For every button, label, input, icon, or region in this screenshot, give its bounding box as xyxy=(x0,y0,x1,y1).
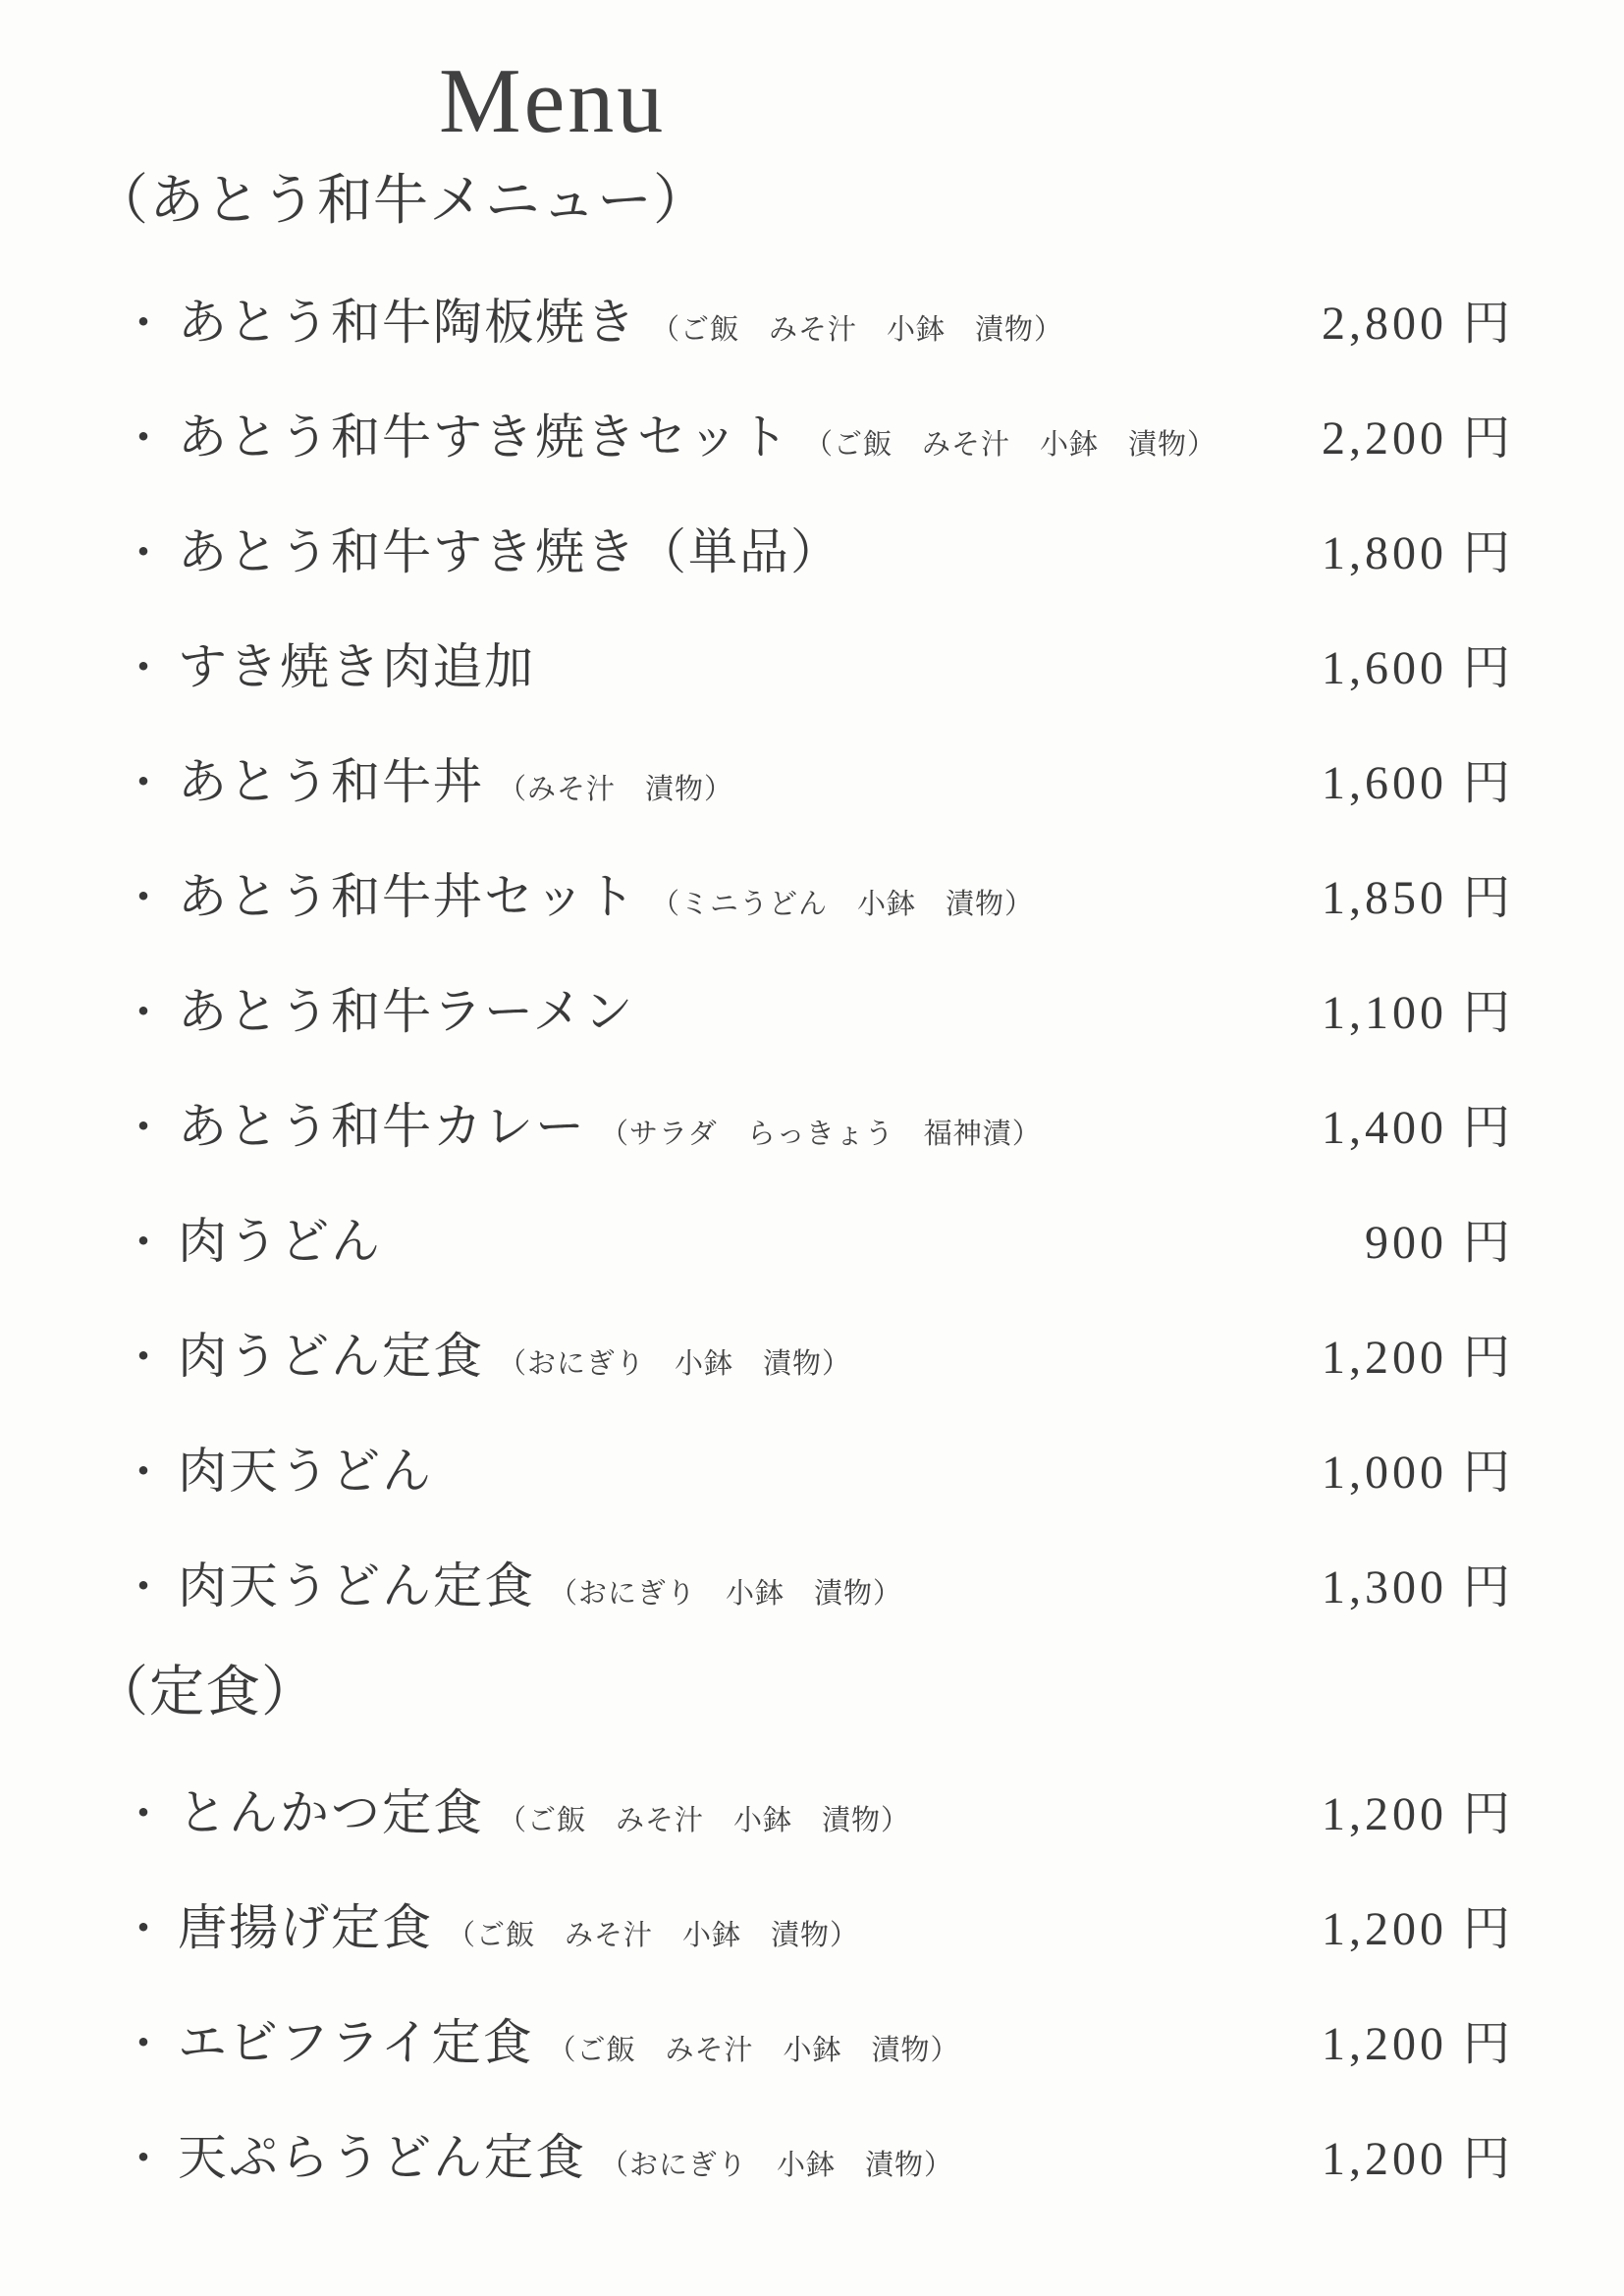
item-name: 肉天うどん定食 xyxy=(178,1547,535,1617)
section-items: ・ あとう和牛陶板焼き （ご飯 みそ汁 小鉢 漬物） 2,800 円 ・ あとう… xyxy=(93,283,1514,1617)
item-note: （ご飯 みそ汁 小鉢 漬物） xyxy=(498,1798,910,1838)
bullet-icon: ・ xyxy=(121,1778,166,1843)
menu-page: Menu （あとう和牛メニュー） ・ あとう和牛陶板焼き （ご飯 みそ汁 小鉢 … xyxy=(0,0,1624,2296)
item-note: （ミニうどん 小鉢 漬物） xyxy=(651,882,1034,922)
section-heading: （定食） xyxy=(93,1662,1514,1724)
bullet-icon: ・ xyxy=(121,862,166,927)
menu-item-row: ・ 肉天うどん 1,000 円 xyxy=(121,1432,1514,1503)
bullet-icon: ・ xyxy=(121,518,166,582)
item-name: あとう和牛すき焼き（単品） xyxy=(178,513,841,583)
item-note: （おにぎり 小鉢 漬物） xyxy=(549,1571,902,1612)
item-price: 2,800 円 xyxy=(1322,285,1514,353)
bullet-icon: ・ xyxy=(121,1092,166,1157)
item-note: （サラダ らっきょう 福神漬） xyxy=(600,1112,1042,1152)
section-heading: （あとう和牛メニュー） xyxy=(93,170,1514,233)
item-name: 肉天うどん xyxy=(178,1432,433,1503)
bullet-icon: ・ xyxy=(121,632,166,697)
menu-sections: （あとう和牛メニュー） ・ あとう和牛陶板焼き （ご飯 みそ汁 小鉢 漬物） 2… xyxy=(93,170,1514,2189)
item-name: 肉うどん xyxy=(178,1202,382,1273)
item-note: （みそ汁 漬物） xyxy=(498,767,733,807)
item-name: あとう和牛陶板焼き xyxy=(178,283,637,354)
menu-item-row: ・ あとう和牛すき焼き（単品） 1,800 円 xyxy=(121,513,1514,583)
item-name: あとう和牛ラーメン xyxy=(178,972,635,1043)
menu-item-row: ・ すき焼き肉追加 1,600 円 xyxy=(121,628,1514,698)
item-price: 1,400 円 xyxy=(1322,1089,1514,1157)
item-note: （ご飯 みそ汁 小鉢 漬物） xyxy=(651,307,1063,348)
item-name: 唐揚げ定食 xyxy=(178,1888,433,1959)
item-price: 1,600 円 xyxy=(1322,744,1514,812)
item-name: あとう和牛丼 xyxy=(178,742,484,813)
menu-item-row: ・ 天ぷらうどん定食 （おにぎり 小鉢 漬物） 1,200 円 xyxy=(121,2118,1514,2189)
item-price: 1,200 円 xyxy=(1322,2005,1514,2073)
menu-item-row: ・ エビフライ定食 （ご飯 みそ汁 小鉢 漬物） 1,200 円 xyxy=(121,2003,1514,2074)
bullet-icon: ・ xyxy=(121,1207,166,1272)
bullet-icon: ・ xyxy=(121,977,166,1042)
bullet-icon: ・ xyxy=(121,288,166,353)
bullet-icon: ・ xyxy=(121,1437,166,1502)
item-note: （おにぎり 小鉢 漬物） xyxy=(600,2143,953,2183)
menu-section: （定食） ・ とんかつ定食 （ご飯 みそ汁 小鉢 漬物） 1,200 円 ・ 唐… xyxy=(93,1662,1514,2189)
item-name: 肉うどん定食 xyxy=(178,1317,484,1388)
item-note: （ご飯 みそ汁 小鉢 漬物） xyxy=(804,422,1217,463)
page-title: Menu xyxy=(439,51,1514,152)
item-price: 1,850 円 xyxy=(1322,859,1514,927)
item-price: 1,200 円 xyxy=(1322,1890,1514,1958)
menu-section: （あとう和牛メニュー） ・ あとう和牛陶板焼き （ご飯 みそ汁 小鉢 漬物） 2… xyxy=(93,170,1514,1616)
menu-item-row: ・ 唐揚げ定食 （ご飯 みそ汁 小鉢 漬物） 1,200 円 xyxy=(121,1888,1514,1959)
item-name: あとう和牛カレー xyxy=(178,1087,586,1158)
menu-item-row: ・ あとう和牛すき焼きセット （ご飯 みそ汁 小鉢 漬物） 2,200 円 xyxy=(121,398,1514,468)
item-name: 天ぷらうどん定食 xyxy=(178,2118,586,2189)
bullet-icon: ・ xyxy=(121,1322,166,1387)
bullet-icon: ・ xyxy=(121,1893,166,1958)
item-price: 1,600 円 xyxy=(1322,629,1514,697)
item-note: （おにぎり 小鉢 漬物） xyxy=(498,1341,851,1382)
item-name: あとう和牛すき焼きセット xyxy=(178,398,790,468)
item-name: エビフライ定食 xyxy=(178,2003,534,2074)
menu-item-row: ・ あとう和牛ラーメン 1,100 円 xyxy=(121,972,1514,1043)
menu-item-row: ・ 肉天うどん定食 （おにぎり 小鉢 漬物） 1,300 円 xyxy=(121,1547,1514,1617)
menu-item-row: ・ あとう和牛丼セット （ミニうどん 小鉢 漬物） 1,850 円 xyxy=(121,857,1514,928)
item-price: 1,200 円 xyxy=(1322,2120,1514,2188)
bullet-icon: ・ xyxy=(121,747,166,812)
item-price: 1,200 円 xyxy=(1322,1776,1514,1843)
item-price: 1,000 円 xyxy=(1322,1434,1514,1502)
bullet-icon: ・ xyxy=(121,403,166,467)
section-items: ・ とんかつ定食 （ご飯 みそ汁 小鉢 漬物） 1,200 円 ・ 唐揚げ定食 … xyxy=(93,1774,1514,2189)
item-note: （ご飯 みそ汁 小鉢 漬物） xyxy=(447,1913,859,1953)
bullet-icon: ・ xyxy=(121,2123,166,2188)
bullet-icon: ・ xyxy=(121,1552,166,1616)
item-name: あとう和牛丼セット xyxy=(178,857,637,928)
menu-item-row: ・ 肉うどん 900 円 xyxy=(121,1202,1514,1273)
item-name: とんかつ定食 xyxy=(178,1774,484,1844)
item-price: 2,200 円 xyxy=(1322,400,1514,467)
menu-item-row: ・ とんかつ定食 （ご飯 みそ汁 小鉢 漬物） 1,200 円 xyxy=(121,1774,1514,1844)
item-price: 1,200 円 xyxy=(1322,1319,1514,1387)
item-price: 900 円 xyxy=(1365,1204,1514,1272)
bullet-icon: ・ xyxy=(121,2008,166,2073)
menu-item-row: ・ あとう和牛カレー （サラダ らっきょう 福神漬） 1,400 円 xyxy=(121,1087,1514,1158)
menu-item-row: ・ あとう和牛丼 （みそ汁 漬物） 1,600 円 xyxy=(121,742,1514,813)
menu-item-row: ・ あとう和牛陶板焼き （ご飯 みそ汁 小鉢 漬物） 2,800 円 xyxy=(121,283,1514,354)
item-note: （ご飯 みそ汁 小鉢 漬物） xyxy=(548,2028,960,2068)
item-price: 1,300 円 xyxy=(1322,1549,1514,1616)
item-price: 1,800 円 xyxy=(1322,515,1514,582)
item-name: すき焼き肉追加 xyxy=(178,628,535,698)
menu-item-row: ・ 肉うどん定食 （おにぎり 小鉢 漬物） 1,200 円 xyxy=(121,1317,1514,1388)
item-price: 1,100 円 xyxy=(1322,974,1514,1042)
